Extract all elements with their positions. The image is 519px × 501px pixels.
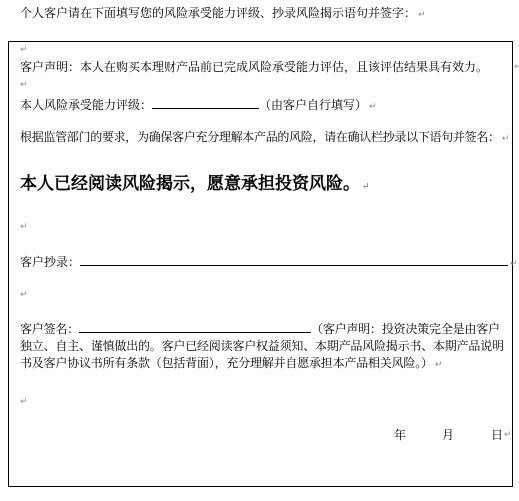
paragraph-mark-icon: ↵	[502, 134, 509, 144]
customer-statement: 客户声明：本人在购买本理财产品前已完成风险承受能力评估，且该评估结果具有效力。	[20, 60, 488, 74]
paragraph-mark-icon: ↵	[20, 222, 28, 232]
customer-statement-text: 客户声明：本人在购买本理财产品前已完成风险承受能力评估，且该评估结果具有效力。	[20, 60, 488, 74]
paragraph-mark-icon: ↵	[510, 259, 518, 269]
date-month-label: 月	[442, 428, 454, 442]
risk-disclosure-heading: 本人已经阅读风险揭示，愿意承担投资风险。↵	[20, 174, 370, 197]
signature-input[interactable]	[79, 320, 311, 333]
risk-rating-note: （由客户自行填写）	[259, 98, 367, 112]
date-year-label: 年	[394, 428, 406, 442]
paragraph-mark-icon: ↵	[369, 102, 377, 112]
paragraph-mark-icon: ↵	[362, 182, 370, 192]
regulation-notice-text: 根据监管部门的要求，为确保客户充分理解本产品的风险，请在确认栏抄录以下语句并签名…	[20, 130, 500, 144]
risk-disclosure-text: 本人已经阅读风险揭示，愿意承担投资风险。	[20, 174, 360, 194]
paragraph-mark-icon: ↵	[514, 62, 519, 72]
paragraph-mark-icon: ↵	[435, 360, 442, 370]
signature-block: 客户签名：（客户声明：投资决策完全是由客户独立、自主、谨慎做出的。客户已经阅读客…	[20, 320, 508, 374]
transcription-input[interactable]	[80, 253, 508, 266]
paragraph-mark-icon: ↵	[504, 430, 512, 440]
signature-label: 客户签名：	[20, 322, 79, 336]
instruction-text: 个人客户请在下面填写您的风险承受能力评级、抄录风险揭示语句并签字：↵	[20, 6, 426, 22]
instruction-label: 个人客户请在下面填写您的风险承受能力评级、抄录风险揭示语句并签字：	[20, 6, 416, 20]
transcription-row: 客户抄录：↵	[20, 253, 518, 271]
risk-rating-input[interactable]	[152, 96, 259, 109]
paragraph-mark-icon: ↵	[418, 10, 426, 20]
paragraph-mark-icon: ↵	[20, 397, 28, 407]
paragraph-mark-icon: ↵	[20, 80, 28, 90]
risk-rating-label: 本人风险承受能力评级：	[20, 98, 152, 112]
paragraph-mark-icon: ↵	[20, 45, 28, 55]
transcription-label: 客户抄录：	[20, 255, 80, 269]
date-day-label: 日	[491, 428, 503, 442]
regulation-notice: 根据监管部门的要求，为确保客户充分理解本产品的风险，请在确认栏抄录以下语句并签名…	[20, 130, 509, 146]
risk-rating-row: 本人风险承受能力评级：（由客户自行填写）↵	[20, 96, 377, 114]
paragraph-mark-icon: ↵	[20, 290, 28, 300]
